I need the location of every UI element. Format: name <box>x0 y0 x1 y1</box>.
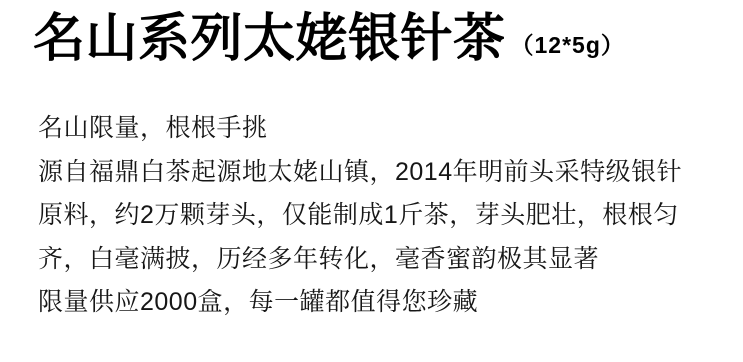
product-title-row: 名山系列太姥银针茶 （12*5g） <box>33 8 625 70</box>
description-line: 限量供应2000盒，每一罐都值得您珍藏 <box>38 281 728 325</box>
description-line: 名山限量，根根手挑 <box>38 107 728 151</box>
product-description-page: 名山系列太姥银针茶 （12*5g） 名山限量，根根手挑 源自福鼎白茶起源地太姥山… <box>0 0 743 362</box>
product-title: 名山系列太姥银针茶 <box>33 8 506 70</box>
description-line: 源自福鼎白茶起源地太姥山镇，2014年明前头采特级银针 <box>38 151 728 195</box>
description-line: 原料，约2万颗芽头，仅能制成1斤茶，芽头肥壮，根根匀 <box>38 194 728 238</box>
description-line: 齐，白毫满披，历经多年转化，毫香蜜韵极其显著 <box>38 238 728 282</box>
product-spec: （12*5g） <box>511 27 625 60</box>
product-description: 名山限量，根根手挑 源自福鼎白茶起源地太姥山镇，2014年明前头采特级银针 原料… <box>38 107 728 325</box>
